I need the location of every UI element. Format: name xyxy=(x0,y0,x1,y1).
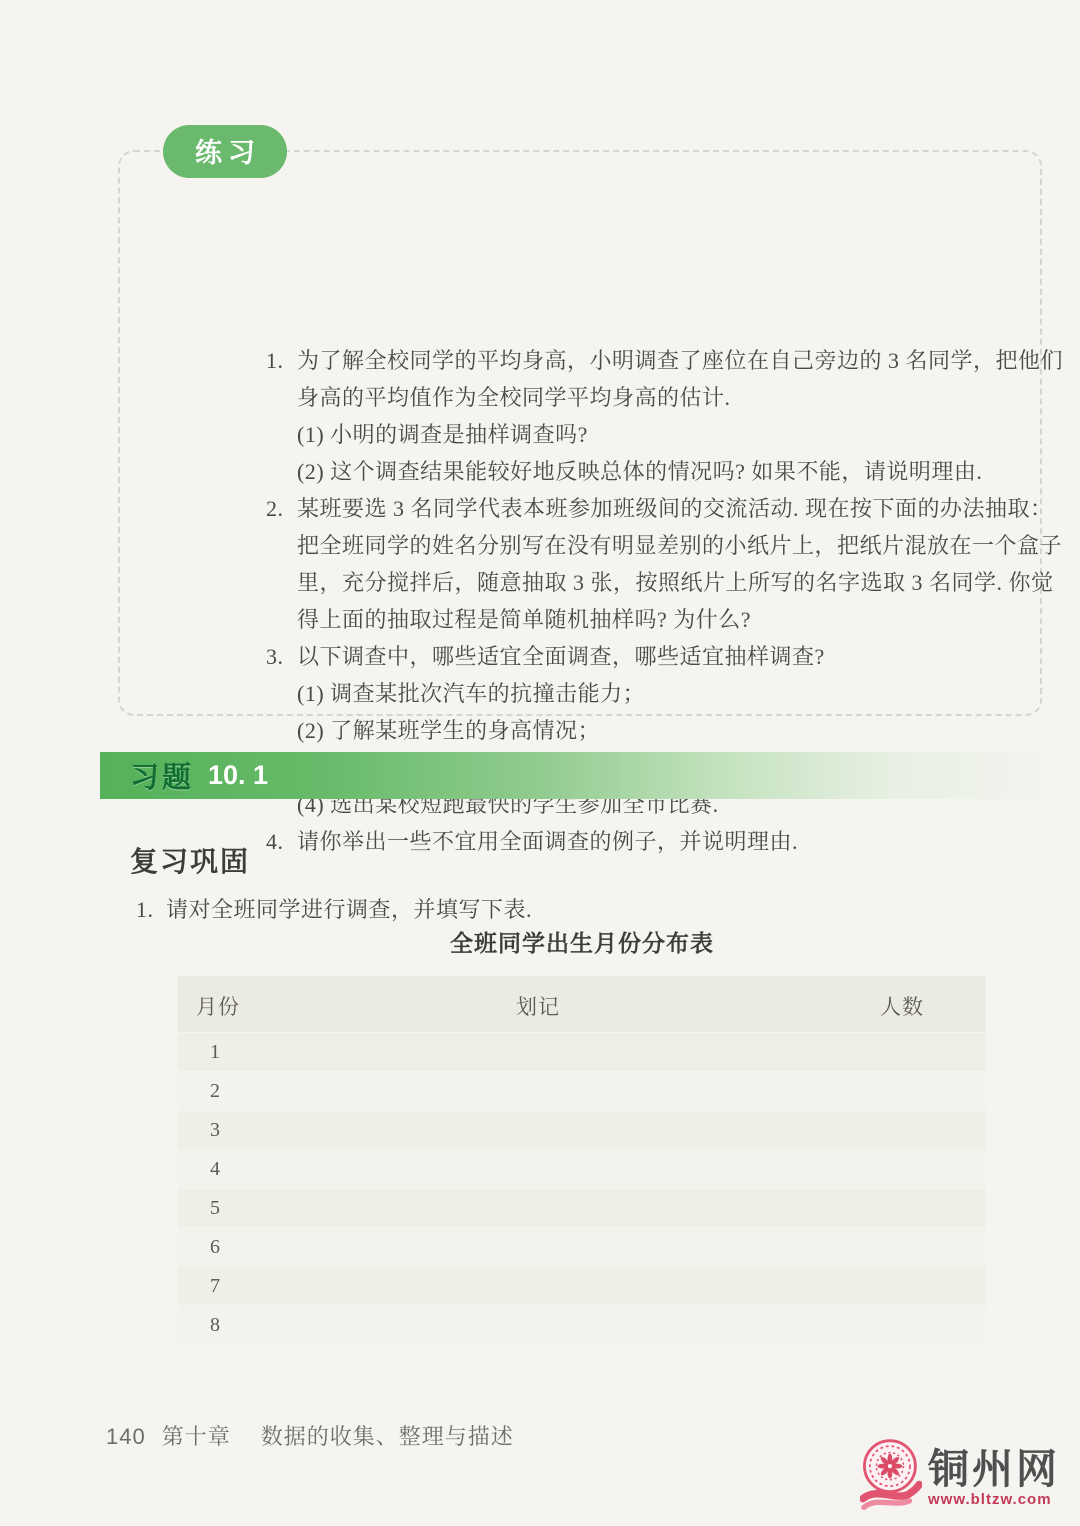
table-row: 4 xyxy=(178,1149,986,1188)
practice-line: 把全班同学的姓名分别写在没有明显差别的小纸片上，把纸片混放在一个盒子 xyxy=(266,527,1080,564)
banner-number: 10. 1 xyxy=(208,760,268,791)
table-row: 2 xyxy=(178,1071,986,1110)
table-row: 1 xyxy=(178,1032,986,1071)
table-title: 全班同学出生月份分布表 xyxy=(178,925,986,958)
table-row: 5 xyxy=(178,1188,986,1227)
table-row: 7 xyxy=(178,1266,986,1305)
review-heading: 复习巩固 xyxy=(130,840,250,880)
practice-line: 得上面的抽取过程是简单随机抽样吗? 为什么? xyxy=(266,601,1080,638)
watermark-text: 铜州网 www.bltzw.com xyxy=(928,1447,1060,1508)
table-header-row: 月份 划记 人数 xyxy=(178,976,986,1032)
textbook-page: 练习 1.为了解全校同学的平均身高，小明调查了座位在自己旁边的 3 名同学，把他… xyxy=(0,0,1080,1526)
review-item-1: 1.请对全班同学进行调查，并填写下表. xyxy=(136,893,532,924)
header-count: 人数 xyxy=(880,991,924,1021)
practice-line: (2) 这个调查结果能较好地反映总体的情况吗? 如果不能，请说明理由. xyxy=(266,453,1080,490)
practice-line: (1) 调查某批次汽车的抗撞击能力； xyxy=(266,675,1080,712)
practice-line: 4.请你举出一些不宜用全面调查的例子，并说明理由. xyxy=(266,823,1080,860)
watermark-site-url: www.bltzw.com xyxy=(928,1491,1060,1508)
table-row: 6 xyxy=(178,1227,986,1266)
practice-badge: 练习 xyxy=(163,125,287,178)
table-row: 8 xyxy=(178,1305,986,1344)
practice-line: 身高的平均值作为全校同学平均身高的估计. xyxy=(266,379,1080,416)
exercise-section-banner: 习题 10. 1 xyxy=(100,752,1062,799)
practice-line: 2.某班要选 3 名同学代表本班参加班级间的交流活动. 现在按下面的办法抽取： xyxy=(266,490,1080,527)
chapter-number: 第十章 xyxy=(162,1420,231,1451)
chapter-title: 数据的收集、整理与描述 xyxy=(261,1420,514,1451)
table-body: 1 2 3 4 5 6 7 8 xyxy=(178,1032,986,1344)
table-row: 3 xyxy=(178,1110,986,1149)
header-tally: 划记 xyxy=(516,991,560,1021)
header-month: 月份 xyxy=(196,991,240,1021)
practice-line: (1) 小明的调查是抽样调查吗? xyxy=(266,416,1080,453)
page-number: 140 xyxy=(106,1424,146,1450)
seal-ribbon-icon xyxy=(860,1438,922,1516)
watermark-site-name: 铜州网 xyxy=(928,1447,1060,1491)
birth-month-table: 月份 划记 人数 1 2 3 4 5 6 7 8 xyxy=(178,976,986,1344)
practice-line: (2) 了解某班学生的身高情况； xyxy=(266,712,1080,749)
watermark: 铜州网 www.bltzw.com xyxy=(860,1438,1060,1516)
banner-label: 习题 xyxy=(130,755,194,796)
practice-line: 1.为了解全校同学的平均身高，小明调查了座位在自己旁边的 3 名同学，把他们 xyxy=(266,342,1080,379)
practice-box: 1.为了解全校同学的平均身高，小明调查了座位在自己旁边的 3 名同学，把他们 身… xyxy=(118,150,1042,716)
practice-line: 3.以下调查中，哪些适宜全面调查，哪些适宜抽样调查? xyxy=(266,638,1080,675)
practice-line: 里，充分搅拌后，随意抽取 3 张，按照纸片上所写的名字选取 3 名同学. 你觉 xyxy=(266,564,1080,601)
page-footer: 140 第十章 数据的收集、整理与描述 xyxy=(106,1420,514,1451)
